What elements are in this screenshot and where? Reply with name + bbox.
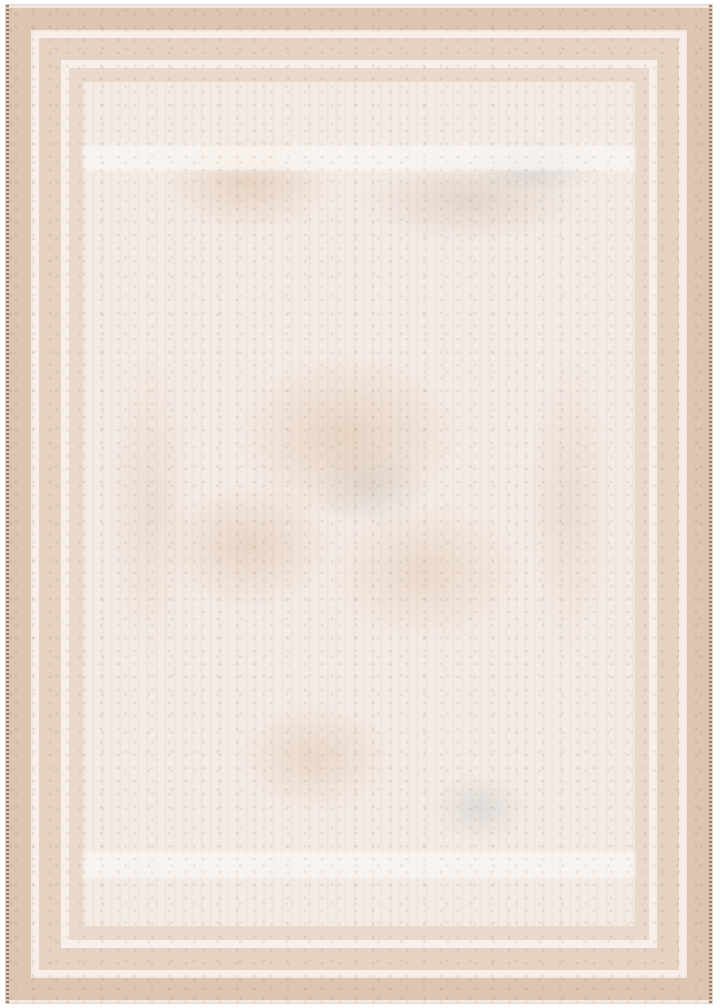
product-image-canvas xyxy=(0,0,720,1008)
washed-band-top xyxy=(83,145,635,171)
left-selvedge xyxy=(6,5,9,1003)
rug xyxy=(6,5,712,1003)
right-selvedge xyxy=(709,5,712,1003)
washed-band-bottom xyxy=(83,852,635,878)
rug-field xyxy=(83,82,635,926)
